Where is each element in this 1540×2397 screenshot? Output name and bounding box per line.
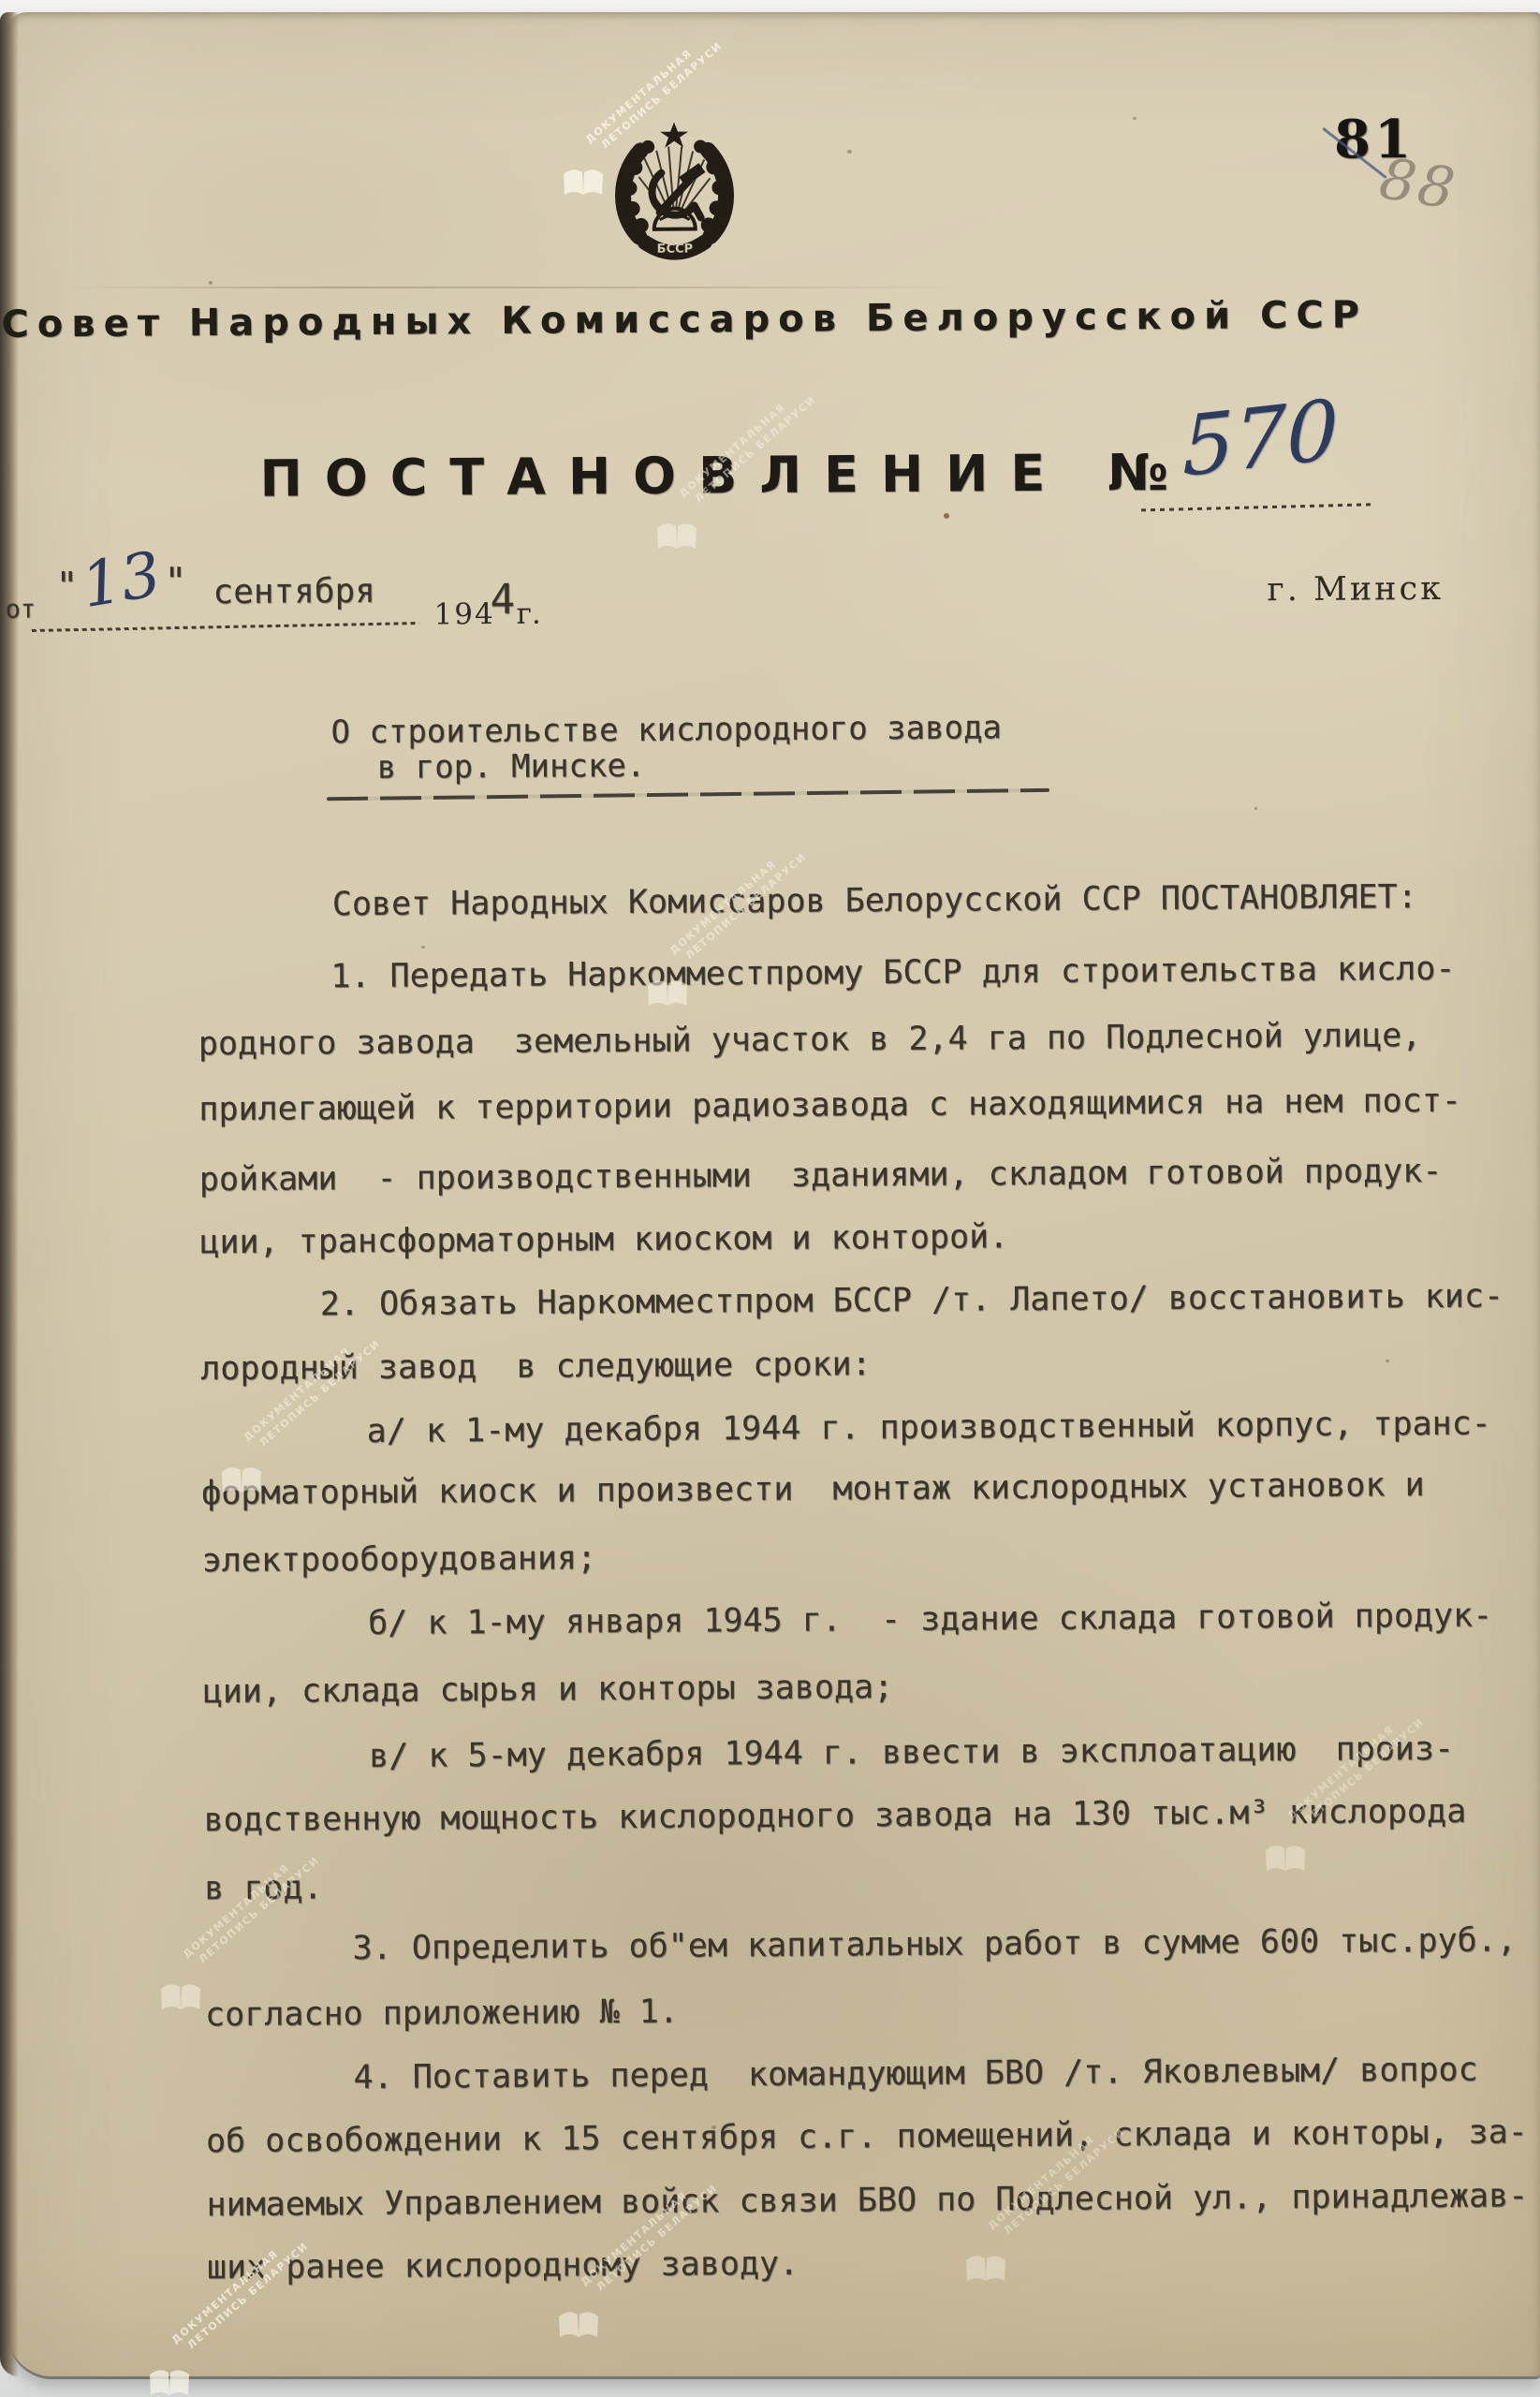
body-line: нимаемых Управлением войск связи БВО по … bbox=[206, 2179, 1528, 2223]
organization-name: Совет Народных Комиссаров Белорусской СС… bbox=[1, 292, 1527, 346]
date-year-printed: 194 bbox=[434, 597, 495, 631]
subject-line-1: О строительстве кислородного завода bbox=[330, 712, 1002, 750]
body-line: лородный завод в следующие сроки: bbox=[200, 1347, 872, 1387]
scanned-document: БССР Совет Народных Комиссаров Белорусск… bbox=[0, 0, 1540, 2397]
place-label: г. Минск bbox=[1267, 570, 1444, 609]
body-line: форматорный киоск и произвести монтаж ки… bbox=[201, 1468, 1425, 1511]
body-line: в год. bbox=[204, 1871, 323, 1906]
pencil-page-number: 88 bbox=[1375, 146, 1461, 223]
body-line: электрооборудования; bbox=[202, 1541, 597, 1579]
body-line: ших ранее кислородному заводу. bbox=[207, 2247, 799, 2286]
date-year-typed: 4 bbox=[490, 579, 515, 622]
subject-underline bbox=[327, 788, 1049, 801]
body-line: согласно приложению № 1. bbox=[205, 1995, 679, 2033]
body-line: ции, склада сырья и конторы завода; bbox=[203, 1670, 894, 1710]
body-line: об освобождении к 15 сентября с.г. помещ… bbox=[206, 2115, 1528, 2159]
body-line: Совет Народных Комиссаров Белорусской СС… bbox=[332, 880, 1417, 922]
date-quote-open: " bbox=[55, 566, 78, 606]
body-line: 3. Определить об"ем капитальных работ в … bbox=[352, 1923, 1516, 1965]
body-line: б/ к 1-му января 1945 г. - здание склада… bbox=[368, 1599, 1492, 1641]
body-line: 4. Поставить перед командующим БВО /т. Я… bbox=[353, 2053, 1477, 2096]
body-line: 1. Передать Наркомместпрому БССР для стр… bbox=[330, 952, 1455, 994]
date-year-suffix: г. bbox=[517, 597, 541, 631]
bssr-emblem-icon: БССР bbox=[603, 118, 746, 267]
body-line: ции, трансформаторным киоском и конторой… bbox=[199, 1220, 1008, 1260]
date-underline bbox=[32, 622, 419, 632]
document-number-handwritten: 570 bbox=[1182, 381, 1340, 495]
body-line: в/ к 5-му декабря 1944 г. ввести в экспл… bbox=[369, 1732, 1454, 1774]
date-month: сентября bbox=[213, 574, 375, 610]
document-type-label: ПОСТАНОВЛЕНИЕ № bbox=[259, 443, 1191, 508]
body-line: а/ к 1-му декабря 1944 г. производственн… bbox=[367, 1407, 1491, 1449]
subject-line-2: в гор. Минске. bbox=[377, 750, 646, 786]
body-line: родного завода земельный участок в 2,4 г… bbox=[198, 1019, 1422, 1062]
body-line: 2. Обязать Наркомместпром БССР /т. Лапет… bbox=[320, 1280, 1504, 1323]
date-quote-close: " bbox=[164, 562, 186, 601]
date-prefix: от bbox=[5, 596, 36, 624]
document-number-line bbox=[1141, 503, 1373, 511]
emblem-caption: БССР bbox=[657, 243, 694, 257]
body-line: прилегающей к территории радиозавода с н… bbox=[198, 1084, 1461, 1127]
date-day-handwritten: 13 bbox=[77, 537, 166, 622]
body-line: ройками - производственными зданиями, ск… bbox=[199, 1154, 1443, 1198]
document-content: БССР Совет Народных Комиссаров Белорусск… bbox=[0, 0, 1540, 2397]
body-line: водственную мощность кислородного завода… bbox=[203, 1795, 1466, 1838]
body-text: Совет Народных Комиссаров Белорусской СС… bbox=[0, 0, 1532, 6]
